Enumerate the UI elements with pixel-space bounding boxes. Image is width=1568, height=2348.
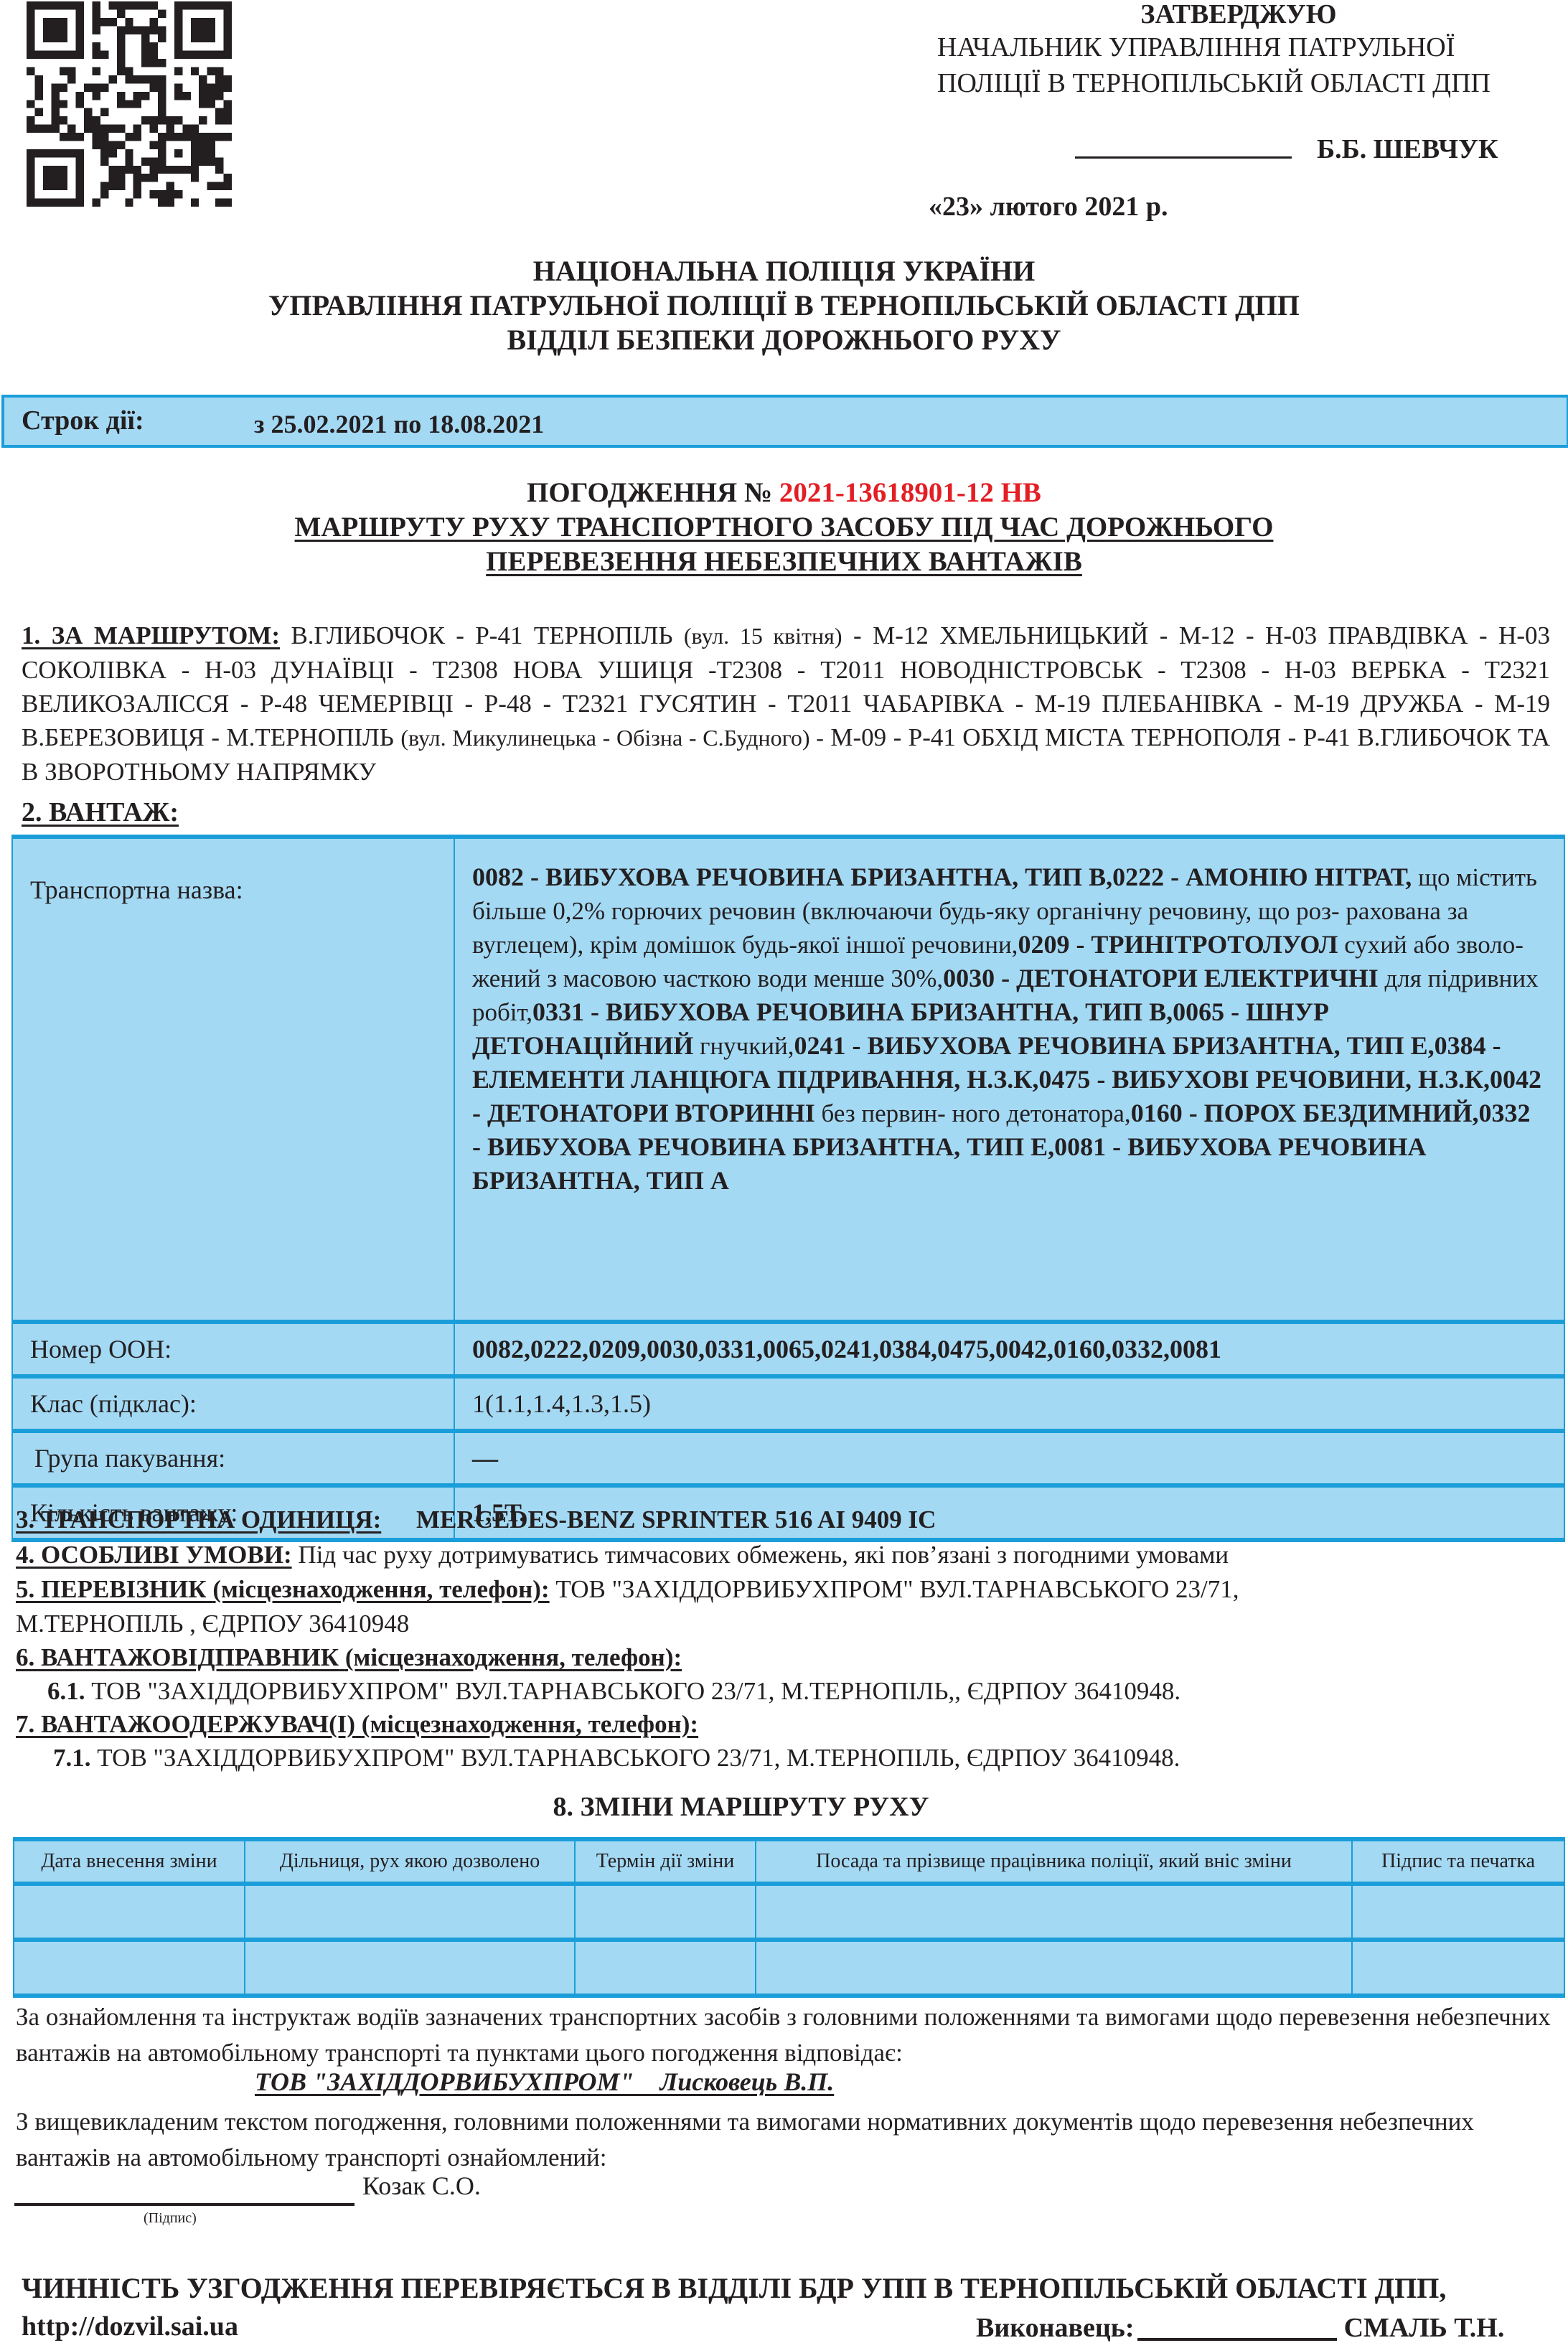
class-label: Клас (підклас):	[12, 1376, 454, 1431]
verification-url[interactable]: http://dozvil.sai.ua	[22, 2311, 238, 2342]
cargo-row-un-number: Номер ООН: 0082,0222,0209,0030,0331,0065…	[12, 1322, 1564, 1376]
carrier-value-line2: М.ТЕРНОПІЛЬ , ЄДРПОУ 36410948	[16, 1610, 409, 1638]
agreement-subtitle2-text: ПЕРЕВЕЗЕННЯ НЕБЕЗПЕЧНИХ ВАНТАЖІВ	[486, 546, 1082, 577]
cell[interactable]	[14, 1940, 245, 1996]
shipper-item: 6.1. ТОВ "ЗАХІДДОРВИБУХПРОМ" ВУЛ.ТАРНАВС…	[47, 1677, 1180, 1706]
consignee-heading-rest: (місцезнаходження, телефон):	[362, 1710, 698, 1738]
table-row	[14, 1884, 1564, 1940]
route-changes-header-row: Дата внесення зміни Дільниця, рух якою д…	[14, 1839, 1564, 1884]
carrier-heading: 5. ПЕРЕВІЗНИК (місцезнаходження, телефон…	[16, 1575, 550, 1603]
org-line2: УПРАВЛІННЯ ПАТРУЛЬНОЇ ПОЛІЦІЇ В ТЕРНОПІЛ…	[0, 288, 1568, 322]
cargo-row-packing-group: Група пакування: —	[12, 1431, 1564, 1485]
validity-value: з 25.02.2021 по 18.08.2021	[254, 409, 544, 439]
col-section-allowed: Дільниця, рух якою дозволено	[245, 1839, 575, 1884]
vehicle-heading: 3. ТРАНСПОРТНА ОДИНИЦЯ:	[16, 1506, 381, 1534]
packing-group-value: —	[454, 1431, 1564, 1485]
consignee-line: 7. ВАНТАЖООДЕРЖУВАЧ(І) (місцезнаходження…	[16, 1710, 698, 1739]
cell[interactable]	[756, 1884, 1352, 1940]
route-changes-table: Дата внесення зміни Дільниця, рух якою д…	[13, 1837, 1565, 1998]
executor: Виконавець:СМАЛЬ Т.Н.	[976, 2312, 1504, 2344]
vehicle-line: 3. ТРАНСПОРТНА ОДИНИЦЯ: MERCEDES-BENZ SP…	[16, 1506, 936, 1534]
cell[interactable]	[245, 1940, 575, 1996]
signature-caption: (Підпис)	[144, 2210, 197, 2227]
cargo-table: Транспортна назва: 0082 - ВИБУХОВА РЕЧОВ…	[11, 835, 1565, 1542]
cell[interactable]	[245, 1884, 575, 1940]
carrier-heading-rest: (місцезнаходження, телефон):	[212, 1575, 549, 1603]
transport-name-value: 0082 - ВИБУХОВА РЕЧОВИНА БРИЗАНТНА, ТИП …	[454, 837, 1564, 1322]
cell[interactable]	[14, 1884, 245, 1940]
validity-label: Строк дії:	[22, 405, 144, 436]
acknowledgement-text1: За ознайомлення та інструктаж водіїв заз…	[16, 1999, 1559, 2071]
route-section: 1. ЗА МАРШРУТОМ: В.ГЛИБОЧОК - Р-41 ТЕРНО…	[22, 619, 1550, 789]
transport-name-segment: гнучкий,	[693, 1032, 794, 1060]
carrier-heading-bold: 5. ПЕРЕВІЗНИК	[16, 1575, 207, 1603]
route-part2-street: (вул. Микулинецька - Обізна - С.Будного)…	[400, 725, 824, 751]
approval-date: «23» лютого 2021 р.	[929, 191, 1168, 222]
transport-name-segment: 0030 - ДЕТОНАТОРИ ЕЛЕКТРИЧНІ	[943, 964, 1379, 992]
special-conditions-line: 4. ОСОБЛИВІ УМОВИ: Під час руху дотримув…	[16, 1541, 1229, 1569]
shipper-item-text: ТОВ "ЗАХІДДОРВИБУХПРОМ" ВУЛ.ТАРНАВСЬКОГО…	[91, 1677, 1180, 1705]
agreement-subtitle1: МАРШРУТУ РУХУ ТРАНСПОРТНОГО ЗАСОБУ ПІД Ч…	[0, 511, 1568, 543]
org-line1: НАЦІОНАЛЬНА ПОЛІЦІЯ УКРАЇНИ	[0, 254, 1568, 288]
carrier-value-line1: ТОВ "ЗАХІДДОРВИБУХПРОМ" ВУЛ.ТАРНАВСЬКОГО…	[555, 1575, 1239, 1603]
shipper-item-no: 6.1.	[47, 1677, 85, 1705]
table-row	[14, 1940, 1564, 1996]
col-signature-stamp: Підпис та печатка	[1352, 1839, 1564, 1884]
shipper-heading: 6. ВАНТАЖОВІДПРАВНИК (місцезнаходження, …	[16, 1643, 682, 1671]
special-conditions-heading: 4. ОСОБЛИВІ УМОВИ:	[16, 1541, 292, 1569]
cell[interactable]	[575, 1884, 756, 1940]
special-conditions-value: Під час руху дотримуватись тимчасових об…	[298, 1541, 1229, 1569]
transport-name-segment: без первин- ного детонатора,	[815, 1099, 1131, 1127]
approval-signatory: Б.Б. ШЕВЧУК	[1317, 133, 1498, 165]
class-value: 1(1.1,1.4,1.3,1.5)	[454, 1376, 1564, 1431]
transport-name-segment: 0209 - ТРИНІТРОТОЛУОЛ	[1018, 930, 1338, 959]
transport-name-segment: 0082 - ВИБУХОВА РЕЧОВИНА БРИЗАНТНА, ТИП …	[472, 863, 1412, 891]
agreement-subtitle1-text: МАРШРУТУ РУХУ ТРАНСПОРТНОГО ЗАСОБУ ПІД Ч…	[295, 512, 1274, 543]
org-line3: ВІДДІЛ БЕЗПЕКИ ДОРОЖНЬОГО РУХУ	[0, 323, 1568, 357]
consignee-item: 7.1. ТОВ "ЗАХІДДОРВИБУХПРОМ" ВУЛ.ТАРНАВС…	[53, 1744, 1180, 1772]
col-change-term: Термін дії зміни	[575, 1839, 756, 1884]
vehicle-value: MERCEDES-BENZ SPRINTER 516 AI 9409 IC	[416, 1506, 936, 1534]
packing-group-label: Група пакування:	[12, 1431, 454, 1485]
qr-code	[27, 1, 232, 207]
executor-signature-line	[1137, 2314, 1337, 2341]
shipper-heading-rest: (місцезнаходження, телефон):	[345, 1643, 682, 1671]
un-number-value: 0082,0222,0209,0030,0331,0065,0241,0384,…	[454, 1322, 1564, 1376]
approval-position-line1: НАЧАЛЬНИК УПРАВЛІННЯ ПАТРУЛЬНОЇ	[937, 32, 1455, 63]
agreement-prefix: ПОГОДЖЕННЯ №	[527, 477, 772, 508]
cell[interactable]	[1352, 1884, 1564, 1940]
driver-name: Козак С.О.	[362, 2171, 481, 2201]
acknowledgement-text2: З вищевикладеним текстом погодження, гол…	[16, 2104, 1559, 2176]
cell[interactable]	[575, 1940, 756, 1996]
agreement-number: 2021-13618901-12 НВ	[779, 477, 1041, 508]
cargo-heading: 2. ВАНТАЖ:	[22, 797, 179, 828]
validity-box: Строк дії: з 25.02.2021 по 18.08.2021	[1, 395, 1568, 448]
consignee-item-no: 7.1.	[53, 1744, 91, 1772]
approval-title: ЗАТВЕРДЖУЮ	[1127, 0, 1351, 30]
shipper-line: 6. ВАНТАЖОВІДПРАВНИК (місцезнаходження, …	[16, 1643, 682, 1672]
shipper-heading-bold: 6. ВАНТАЖОВІДПРАВНИК	[16, 1643, 339, 1671]
cargo-row-class: Клас (підклас): 1(1.1,1.4,1.3,1.5)	[12, 1376, 1564, 1431]
route-changes-heading: 8. ЗМІНИ МАРШРУТУ РУХУ	[0, 1791, 1568, 1823]
col-officer: Посада та прізвище працівника поліції, я…	[756, 1839, 1352, 1884]
agreement-title: ПОГОДЖЕННЯ № 2021-13618901-12 НВ	[0, 476, 1568, 509]
carrier-line: 5. ПЕРЕВІЗНИК (місцезнаходження, телефон…	[16, 1575, 1239, 1604]
cell[interactable]	[1352, 1940, 1564, 1996]
route-part1-street: (вул. 15 квітня)	[684, 623, 842, 649]
responsible-party: ТОВ "ЗАХІДДОРВИБУХПРОМ" Лисковець В.П.	[255, 2067, 834, 2097]
col-change-date: Дата внесення зміни	[14, 1839, 245, 1884]
cell[interactable]	[756, 1940, 1352, 1996]
cargo-row-transport-name: Транспортна назва: 0082 - ВИБУХОВА РЕЧОВ…	[12, 837, 1564, 1322]
validity-check-note: ЧИННІСТЬ УЗГОДЖЕННЯ ПЕРЕВІРЯЄТЬСЯ В ВІДД…	[22, 2271, 1446, 2305]
approval-signature-line	[1075, 156, 1292, 159]
executor-name: СМАЛЬ Т.Н.	[1344, 2313, 1505, 2343]
consignee-heading: 7. ВАНТАЖООДЕРЖУВАЧ(І) (місцезнаходження…	[16, 1710, 698, 1738]
driver-signature-line	[14, 2203, 355, 2206]
route-part1: В.ГЛИБОЧОК - Р-41 ТЕРНОПІЛЬ	[291, 621, 672, 649]
transport-name-label: Транспортна назва:	[12, 837, 454, 1322]
agreement-subtitle2: ПЕРЕВЕЗЕННЯ НЕБЕЗПЕЧНИХ ВАНТАЖІВ	[0, 545, 1568, 578]
approval-position-line2: ПОЛІЦІЇ В ТЕРНОПІЛЬСЬКІЙ ОБЛАСТІ ДПП	[937, 67, 1490, 99]
consignee-item-text: ТОВ "ЗАХІДДОРВИБУХПРОМ" ВУЛ.ТАРНАВСЬКОГО…	[97, 1744, 1180, 1772]
executor-label: Виконавець:	[976, 2313, 1135, 2343]
un-number-label: Номер ООН:	[12, 1322, 454, 1376]
consignee-heading-bold: 7. ВАНТАЖООДЕРЖУВАЧ(І)	[16, 1710, 355, 1738]
route-heading: 1. ЗА МАРШРУТОМ:	[22, 621, 280, 649]
